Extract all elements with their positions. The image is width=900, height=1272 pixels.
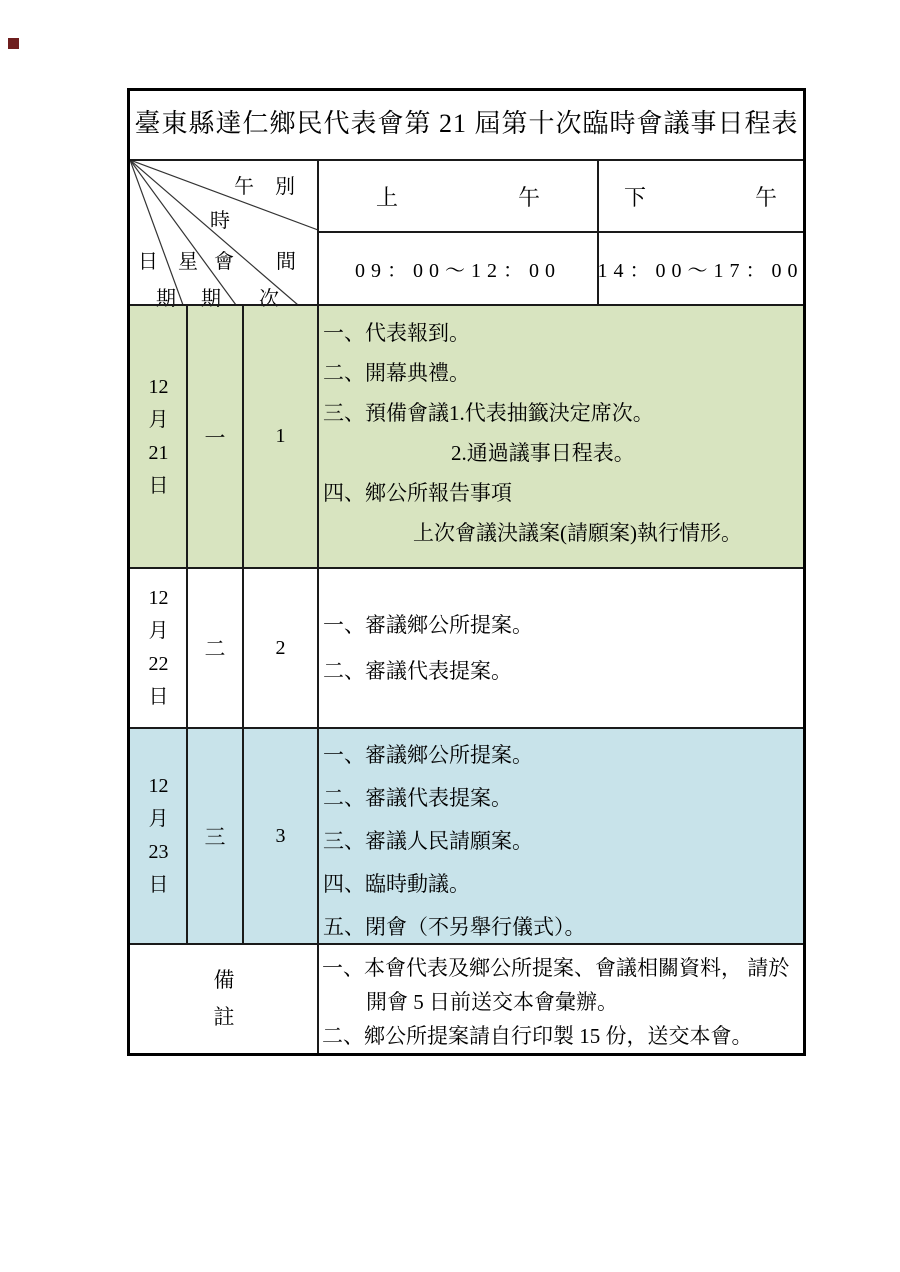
corner-mark — [8, 38, 19, 49]
row3-weekday: 三 — [187, 728, 243, 944]
stacked-char: 備 — [214, 962, 235, 999]
stacked-char: 日 — [149, 869, 169, 902]
stacked-char: 月 — [149, 803, 169, 836]
row2-date: 12月22日 — [130, 568, 187, 728]
agenda-line: 三、審議人民請願案。 — [323, 820, 803, 863]
grid-line — [317, 160, 319, 1053]
agenda-line: 一、本會代表及鄉公所提案、會議相關資料， 請於 — [322, 951, 803, 985]
stacked-char: 22 — [149, 648, 169, 681]
row3-agenda: 一、審議鄉公所提案。二、審議代表提案。三、審議人民請願案。四、臨時動議。五、閉會… — [318, 728, 803, 944]
weekday-char: 二 — [205, 633, 226, 663]
grid-line — [130, 727, 803, 729]
agenda-line: 一、審議鄉公所提案。 — [323, 734, 803, 777]
grid-line — [130, 567, 803, 569]
agenda-line: 四、鄉公所報告事項 — [323, 473, 803, 513]
session-number: 1 — [276, 425, 286, 448]
corner-label-time-2: 間 — [276, 245, 296, 274]
row1-session: 1 — [243, 305, 318, 568]
grid-line — [242, 305, 244, 944]
corner-label-date-1: 日 — [138, 245, 158, 274]
corner-label-ampm: 午 別 — [234, 170, 303, 199]
agenda-line: 上次會議決議案(請願案)執行情形。 — [323, 513, 803, 553]
am-column-header: 上 午 — [318, 160, 598, 232]
session-number: 2 — [276, 637, 286, 660]
agenda-line: 三、預備會議1.代表抽籤決定席次。 — [323, 393, 803, 433]
stacked-char: 12 — [149, 371, 169, 404]
row2-session: 2 — [243, 568, 318, 728]
grid-line — [186, 305, 188, 944]
agenda-line: 一、代表報到。 — [323, 313, 803, 353]
grid-line — [130, 159, 803, 161]
agenda-line: 二、開幕典禮。 — [323, 353, 803, 393]
agenda-table: 臺東縣達仁鄉民代表會第 21 屆第十次臨時會議事日程表 午 別 時 間 日 期 … — [127, 88, 806, 1056]
row2-weekday: 二 — [187, 568, 243, 728]
corner-label-time-1: 時 — [210, 204, 230, 233]
agenda-line: 四、臨時動議。 — [323, 863, 803, 906]
remarks-content: 一、本會代表及鄉公所提案、會議相關資料， 請於開會 5 日前送交本會彙辦。二、鄉… — [318, 944, 803, 1053]
corner-header-cell: 午 別 時 間 日 期 星 期 會 次 — [130, 160, 318, 305]
stacked-char: 23 — [149, 836, 169, 869]
row3-session: 3 — [243, 728, 318, 944]
document-page: 臺東縣達仁鄉民代表會第 21 屆第十次臨時會議事日程表 午 別 時 間 日 期 … — [0, 0, 900, 1272]
session-number: 3 — [276, 825, 286, 848]
row1-agenda: 一、代表報到。二、開幕典禮。三、預備會議1.代表抽籤決定席次。2.通過議事日程表… — [318, 305, 803, 568]
stacked-char: 月 — [149, 615, 169, 648]
stacked-char: 12 — [149, 770, 169, 803]
agenda-line: 二、鄉公所提案請自行印製 15 份，送交本會。 — [322, 1019, 803, 1053]
stacked-char: 21 — [149, 437, 169, 470]
am-time-range: 09：00～12：00 — [318, 232, 598, 305]
weekday-char: 一 — [205, 422, 226, 452]
stacked-char: 月 — [149, 404, 169, 437]
grid-line — [130, 943, 803, 945]
weekday-char: 三 — [205, 821, 226, 851]
row3-date: 12月23日 — [130, 728, 187, 944]
row1-weekday: 一 — [187, 305, 243, 568]
agenda-line: 一、審議鄉公所提案。 — [323, 602, 803, 648]
grid-line — [597, 160, 599, 305]
agenda-line: 二、審議代表提案。 — [323, 648, 803, 694]
remarks-label: 備註 — [130, 944, 318, 1053]
pm-column-header: 下 午 — [598, 160, 803, 232]
grid-line — [130, 304, 803, 306]
am-header-char-1: 上 — [376, 181, 398, 212]
pm-header-char-1: 下 — [624, 181, 646, 212]
stacked-char: 12 — [149, 582, 169, 615]
agenda-line: 五、閉會（不另舉行儀式）。 — [323, 906, 803, 944]
stacked-char: 日 — [149, 681, 169, 714]
stacked-char: 日 — [149, 470, 169, 503]
agenda-line: 二、審議代表提案。 — [323, 777, 803, 820]
corner-label-session-1: 會 — [214, 245, 234, 274]
agenda-line: 開會 5 日前送交本會彙辦。 — [322, 985, 803, 1019]
pm-header-char-2: 午 — [755, 181, 777, 212]
pm-time-range: 14：00～17：00 — [598, 232, 803, 305]
am-header-char-2: 午 — [518, 181, 540, 212]
corner-label-week-1: 星 — [178, 245, 198, 274]
agenda-line: 2.通過議事日程表。 — [323, 433, 803, 473]
row2-agenda: 一、審議鄉公所提案。二、審議代表提案。 — [318, 568, 803, 728]
table-title: 臺東縣達仁鄉民代表會第 21 屆第十次臨時會議事日程表 — [130, 91, 803, 159]
stacked-char: 註 — [214, 999, 235, 1036]
row1-date: 12月21日 — [130, 305, 187, 568]
grid-line — [317, 231, 803, 233]
